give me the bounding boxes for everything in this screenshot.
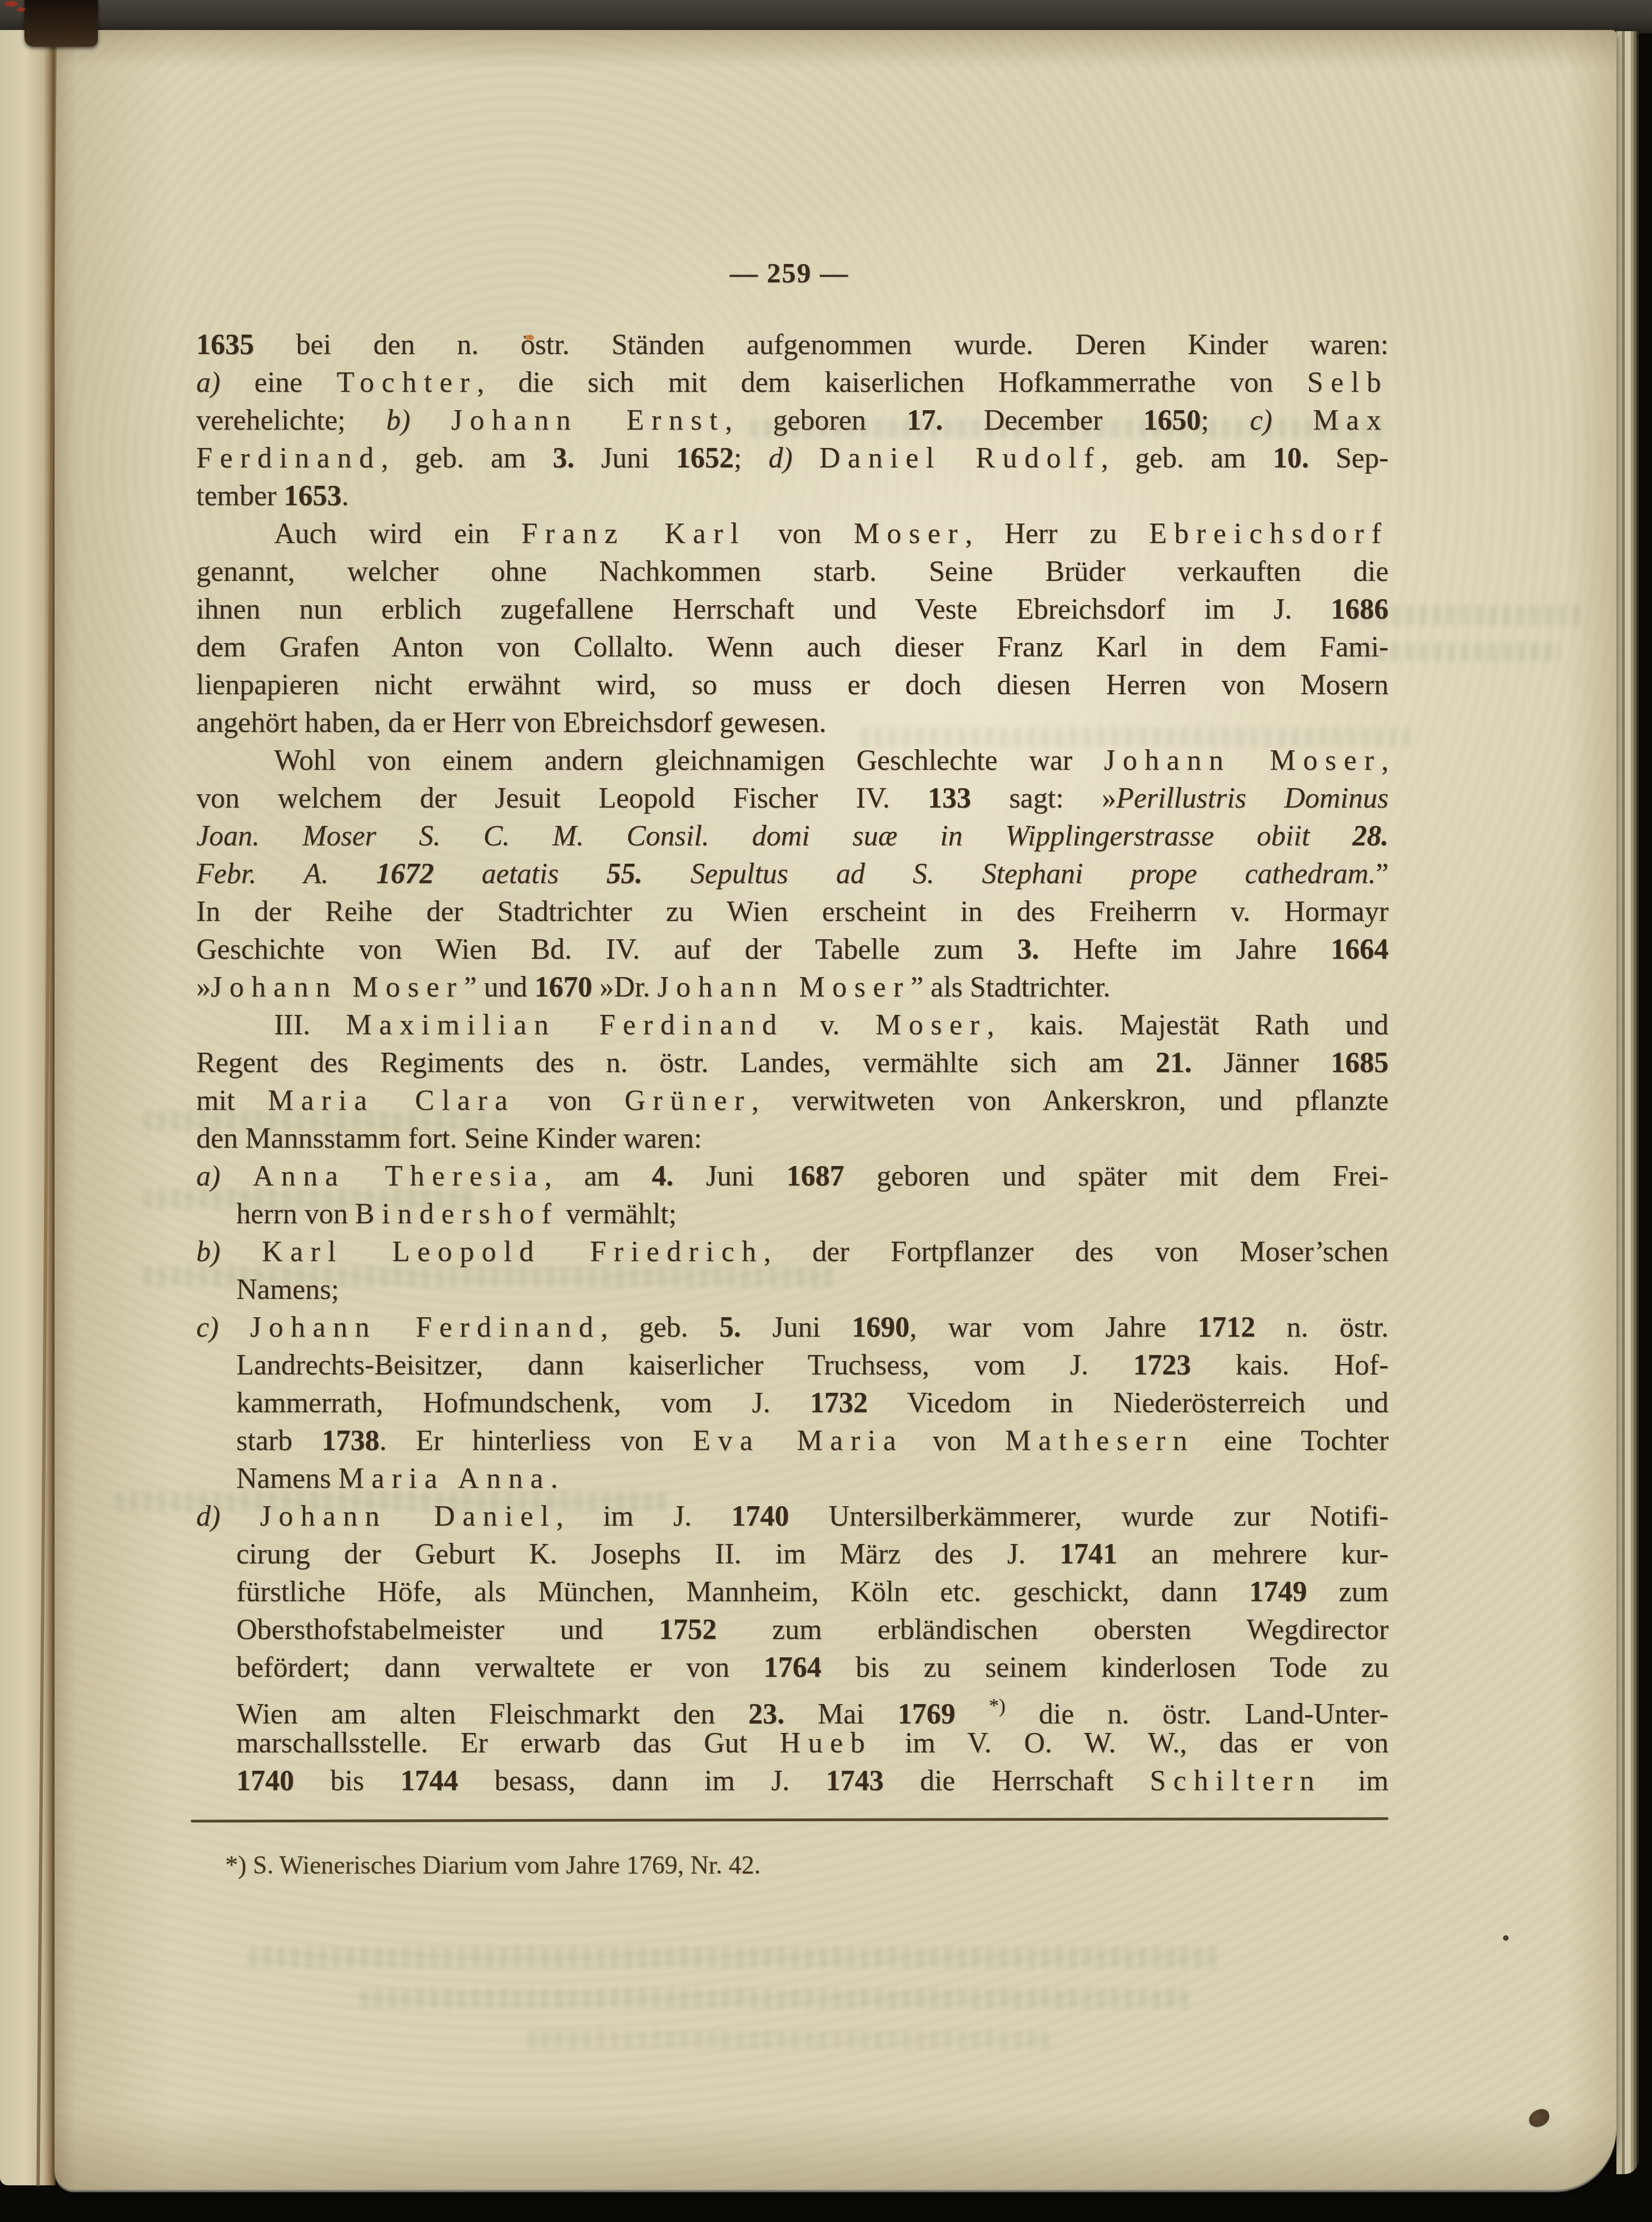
text-line: Febr. A. 1672 aetatis 55. Sepultus ad S.… — [196, 856, 1389, 894]
book-page: — 259 — 1635 bei den n. östr. Ständen au… — [54, 30, 1616, 2190]
text-line: den Mannsstamm fort. Seine Kinder waren: — [196, 1120, 1389, 1158]
text-line: dem Grafen Anton von Collalto. Wenn auch… — [196, 629, 1389, 667]
text-line: herrn von Bindershof vermählt; — [196, 1196, 1389, 1234]
text-line: Obersthofstabelmeister und 1752 zum erbl… — [196, 1612, 1389, 1650]
text-line: Geschichte von Wien Bd. IV. auf der Tabe… — [196, 931, 1389, 969]
ink-blob — [1526, 2107, 1551, 2129]
text-line: Namens Maria Anna. — [196, 1461, 1389, 1498]
paper-speck — [525, 335, 534, 341]
text-line: marschallsstelle. Er erwarb das Gut Hueb… — [196, 1725, 1389, 1763]
text-line: befördert; dann verwaltete er von 1764 b… — [196, 1650, 1389, 1687]
scan-top-band — [0, 0, 1652, 33]
ghost-smudge — [360, 1989, 1194, 2008]
text-line: 1635 bei den n. östr. Ständen aufgenomme… — [196, 327, 1389, 365]
text-line: tember 1653. — [196, 478, 1389, 516]
text-line: Regent des Regiments des n. östr. Landes… — [196, 1045, 1389, 1083]
text-line: In der Reihe der Stadtrichter zu Wien er… — [196, 894, 1389, 931]
text-line: d) Johann Daniel, im J. 1740 Untersilber… — [196, 1498, 1389, 1536]
red-fleck — [4, 1, 18, 7]
text-line: Landrechts-Beisitzer, dann kaiserlicher … — [196, 1347, 1389, 1385]
text-block: 1635 bei den n. östr. Ständen aufgenomme… — [196, 327, 1389, 1801]
text-line: a) eine Tochter, die sich mit dem kaiser… — [196, 365, 1389, 402]
text-line: mit Maria Clara von Grüner, verwitweten … — [196, 1083, 1389, 1120]
text-line: »Johann Moser” und 1670 »Dr. Johann Mose… — [196, 969, 1389, 1007]
text-line: von welchem der Jesuit Leopold Fischer I… — [196, 780, 1389, 818]
red-fleck — [17, 7, 26, 12]
text-line: Wohl von einem andern gleichnamigen Gesc… — [196, 743, 1389, 780]
text-line: kammerrath, Hofmundschenk, vom J. 1732 V… — [196, 1385, 1389, 1423]
text-line: III. Maximilian Ferdinand v. Moser, kais… — [196, 1007, 1389, 1045]
text-line: Namens; — [196, 1272, 1389, 1309]
text-line: Wien am alten Fleischmarkt den 23. Mai 1… — [196, 1687, 1389, 1725]
text-line: fürstliche Höfe, als München, Mannheim, … — [196, 1574, 1389, 1612]
text-line: c) Johann Ferdinand, geb. 5. Juni 1690, … — [196, 1309, 1389, 1347]
book-scan: — 259 — 1635 bei den n. östr. Ständen au… — [0, 0, 1652, 2222]
footnote: *) S. Wienerisches Diarium vom Jahre 176… — [196, 1849, 1417, 1882]
text-line: cirung der Geburt K. Josephs II. im März… — [196, 1536, 1389, 1574]
footnote-rule — [191, 1817, 1389, 1823]
ghost-smudge — [527, 2031, 1055, 2049]
text-line: a) Anna Theresia, am 4. Juni 1687 gebore… — [196, 1158, 1389, 1196]
text-line: Auch wird ein Franz Karl von Moser, Herr… — [196, 516, 1389, 554]
text-line: Joan. Moser S. C. M. Consil. domi suæ in… — [196, 818, 1389, 856]
text-line: genannt, welcher ohne Nachkommen starb. … — [196, 554, 1389, 591]
ghost-smudge — [249, 1947, 1222, 1967]
text-line: 1740 bis 1744 besass, dann im J. 1743 di… — [196, 1763, 1389, 1801]
text-line: ihnen nun erblich zugefallene Herrschaft… — [196, 591, 1389, 629]
fore-edge-page-stack — [1616, 31, 1639, 2174]
text-line: Ferdinand, geb. am 3. Juni 1652; d) Dani… — [196, 440, 1389, 478]
text-line: b) Karl Leopold Friedrich, der Fortpflan… — [196, 1234, 1389, 1272]
text-line: verehelichte; b) Johann Ernst, geboren 1… — [196, 402, 1389, 440]
bookmark-tab — [24, 0, 98, 47]
text-line: angehört haben, da er Herr von Ebreichsd… — [196, 705, 1389, 743]
text-line: lienpapieren nicht erwähnt wird, so muss… — [196, 667, 1389, 705]
page-number: — 259 — — [54, 257, 1524, 289]
text-line: starb 1738. Er hinterliess von Eva Maria… — [196, 1423, 1389, 1461]
paper-speck — [1503, 1935, 1509, 1941]
